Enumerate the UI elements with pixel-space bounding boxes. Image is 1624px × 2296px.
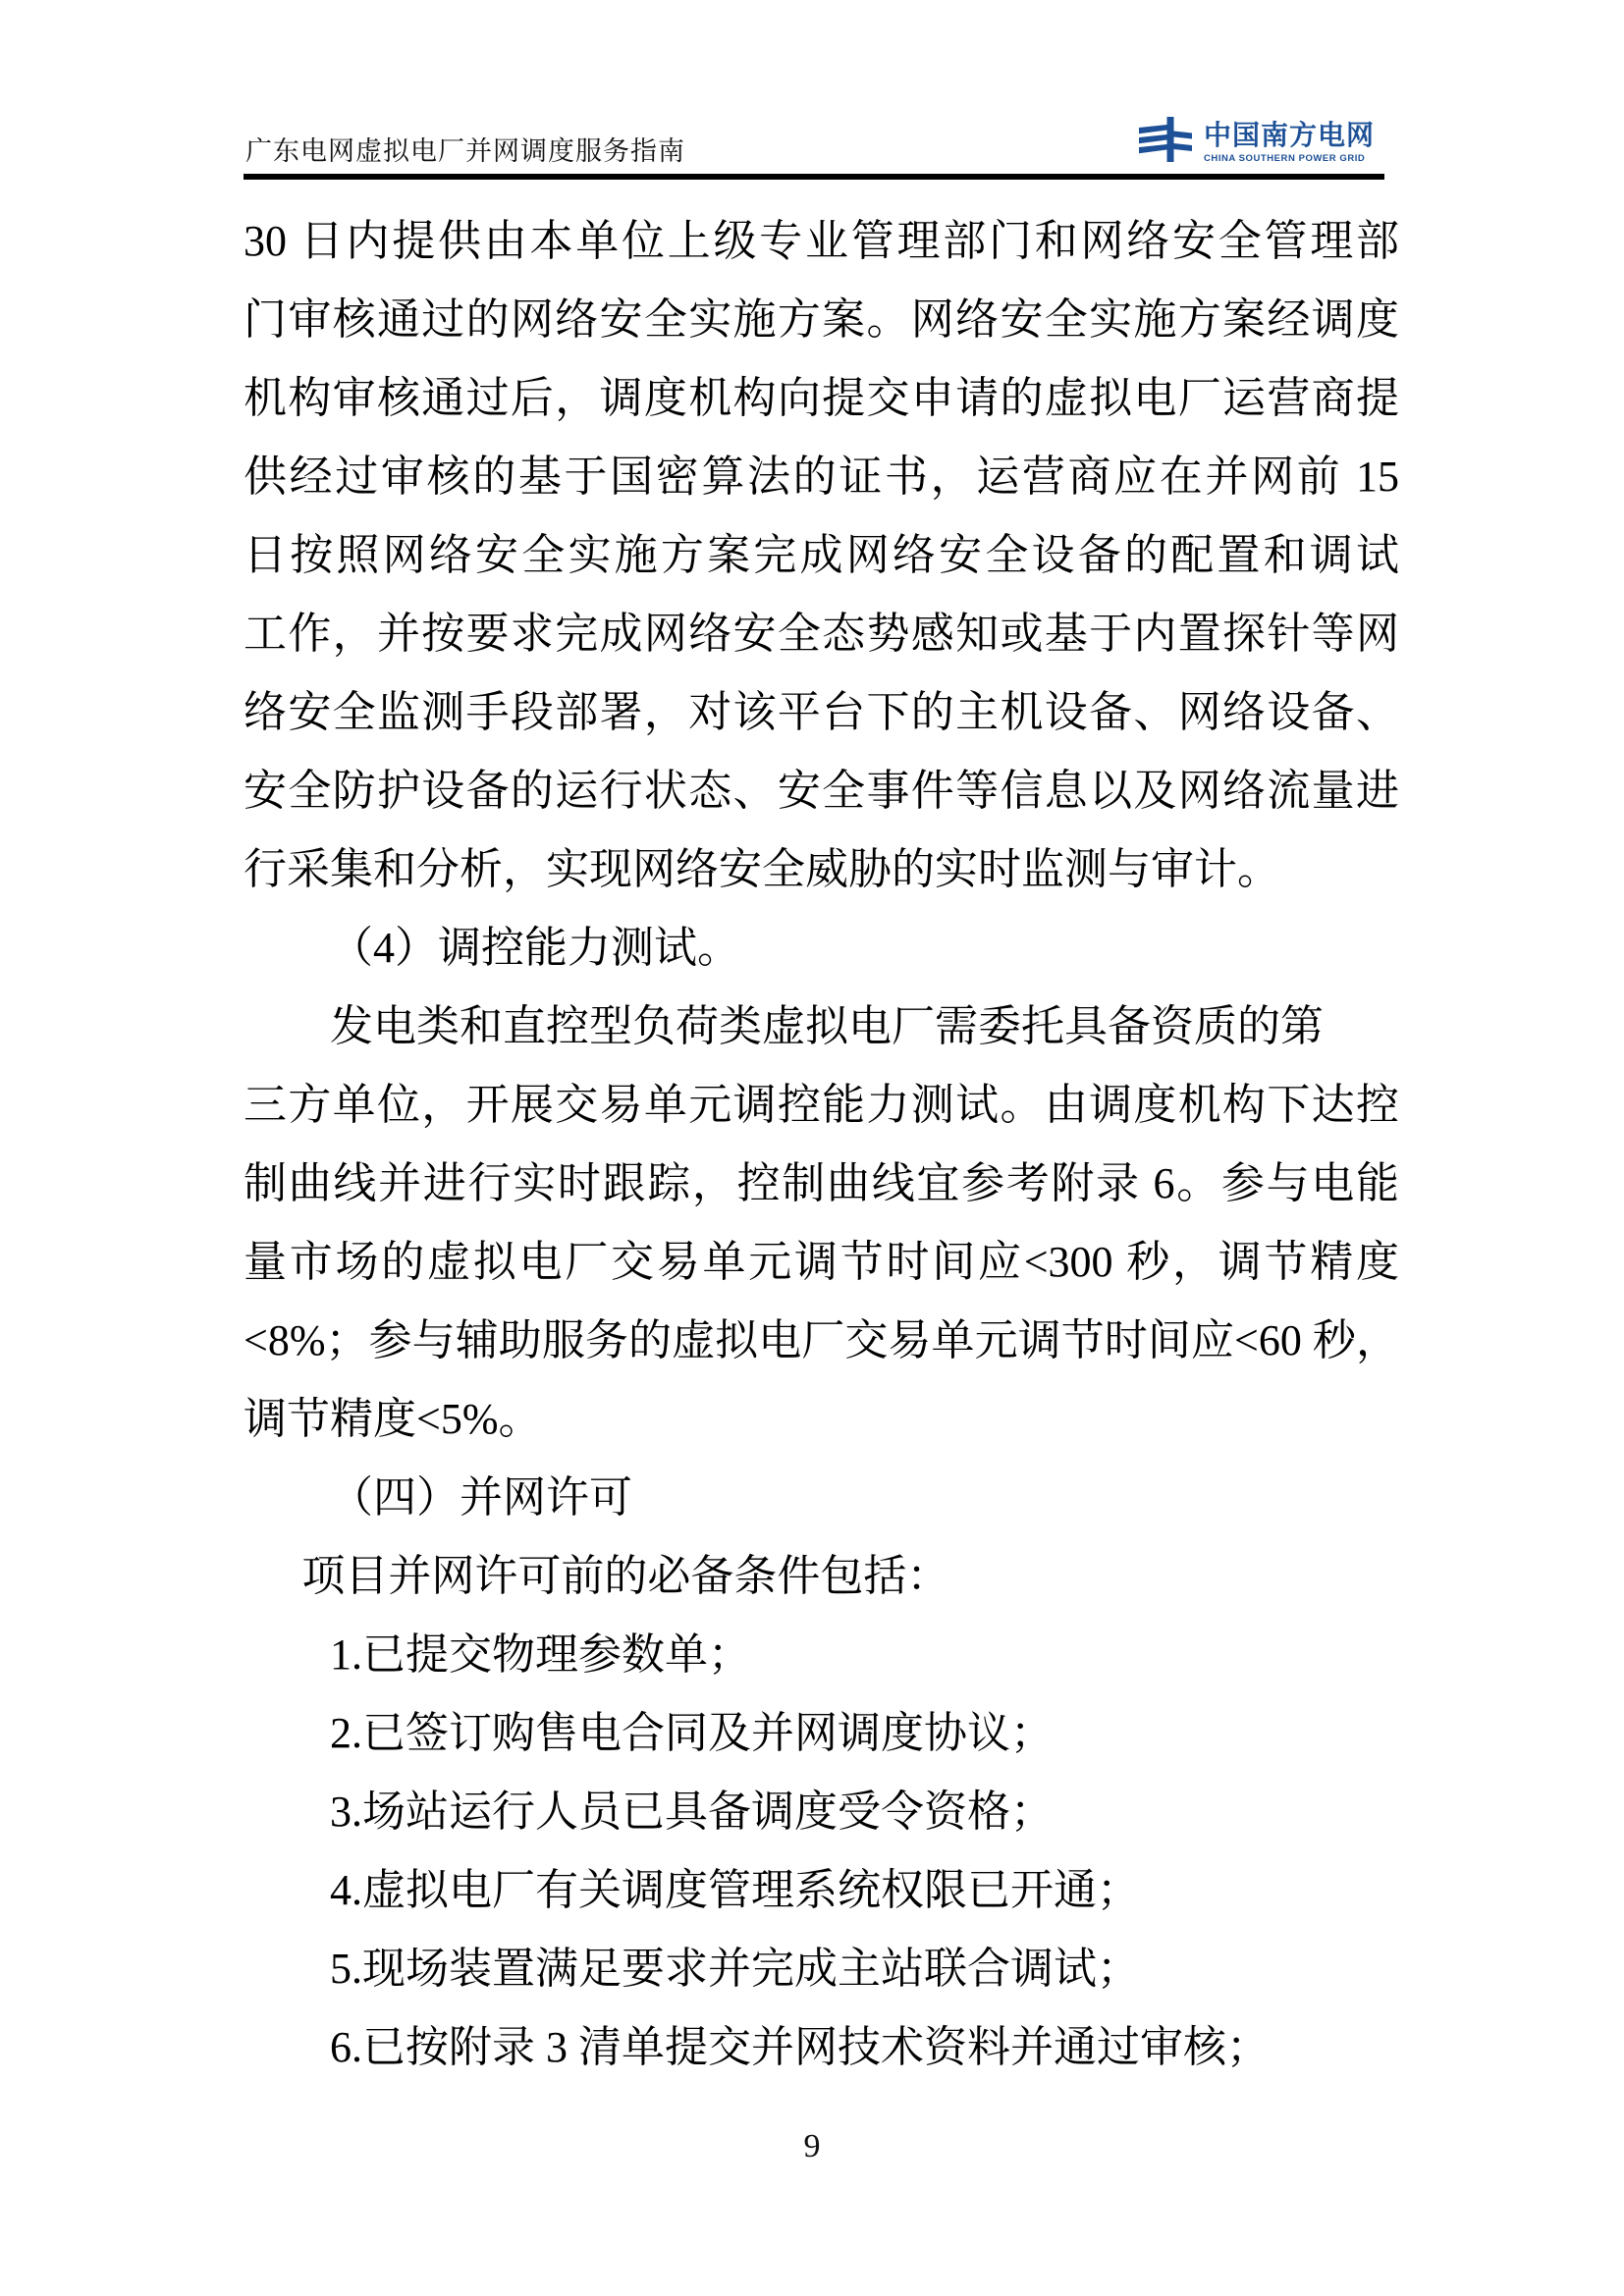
body-text: 30 日内提供由本单位上级专业管理部门和网络安全管理部门审核通过的网络安全实施方… <box>244 202 1399 2087</box>
text-line: 发电类和直控型负荷类虚拟电厂需委托具备资质的第 <box>244 988 1399 1066</box>
page-number: 9 <box>0 2128 1624 2165</box>
text-line: 行采集和分析，实现网络安全威胁的实时监测与审计。 <box>244 830 1399 909</box>
text-line: 4.虚拟电厂有关调度管理系统权限已开通； <box>244 1851 1399 1930</box>
text-line: 机构审核通过后，调度机构向提交申请的虚拟电厂运营商提 <box>244 359 1399 438</box>
text-line: 量市场的虚拟电厂交易单元调节时间应<300 秒，调节精度 <box>244 1223 1399 1302</box>
text-line: 1.已提交物理参数单； <box>244 1616 1399 1694</box>
text-line: 络安全监测手段部署，对该平台下的主机设备、网络设备、 <box>244 673 1399 752</box>
text-line: 供经过审核的基于国密算法的证书，运营商应在并网前 15 <box>244 438 1399 516</box>
logo-en-text: CHINA SOUTHERN POWER GRID <box>1204 153 1375 164</box>
text-line: 工作，并按要求完成网络安全态势感知或基于内置探针等网 <box>244 595 1399 673</box>
header-divider <box>244 174 1384 180</box>
document-page: 广东电网虚拟电厂并网调度服务指南 中国南方电网 CHINA SOUTHERN <box>0 0 1624 2296</box>
logo-cn-text: 中国南方电网 <box>1204 121 1375 150</box>
text-line: 三方单位，开展交易单元调控能力测试。由调度机构下达控 <box>244 1066 1399 1145</box>
text-line: 安全防护设备的运行状态、安全事件等信息以及网络流量进 <box>244 752 1399 830</box>
text-line: 项目并网许可前的必备条件包括： <box>244 1537 1399 1616</box>
text-line: 制曲线并进行实时跟踪，控制曲线宜参考附录 6。参与电能 <box>244 1145 1399 1223</box>
text-line: 门审核通过的网络安全实施方案。网络安全实施方案经调度 <box>244 281 1399 359</box>
text-line: 5.现场装置满足要求并完成主站联合调试； <box>244 1930 1399 2008</box>
header-doc-title: 广东电网虚拟电厂并网调度服务指南 <box>245 135 685 167</box>
text-line: 30 日内提供由本单位上级专业管理部门和网络安全管理部 <box>244 202 1399 281</box>
csg-logo-text: 中国南方电网 CHINA SOUTHERN POWER GRID <box>1204 121 1375 164</box>
text-line: 6.已按附录 3 清单提交并网技术资料并通过审核； <box>244 2008 1399 2087</box>
text-line: <8%；参与辅助服务的虚拟电厂交易单元调节时间应<60 秒， <box>244 1302 1399 1380</box>
text-line: （四）并网许可 <box>244 1459 1399 1537</box>
text-line: 3.场站运行人员已具备调度受令资格； <box>244 1773 1399 1851</box>
text-line: （4）调控能力测试。 <box>244 909 1399 988</box>
text-line: 2.已签订购售电合同及并网调度协议； <box>244 1694 1399 1773</box>
text-line: 日按照网络安全实施方案完成网络安全设备的配置和调试 <box>244 516 1399 595</box>
csg-logo-icon <box>1139 116 1192 168</box>
csg-logo: 中国南方电网 CHINA SOUTHERN POWER GRID <box>1139 116 1375 168</box>
text-line: 调节精度<5%。 <box>244 1380 1399 1459</box>
